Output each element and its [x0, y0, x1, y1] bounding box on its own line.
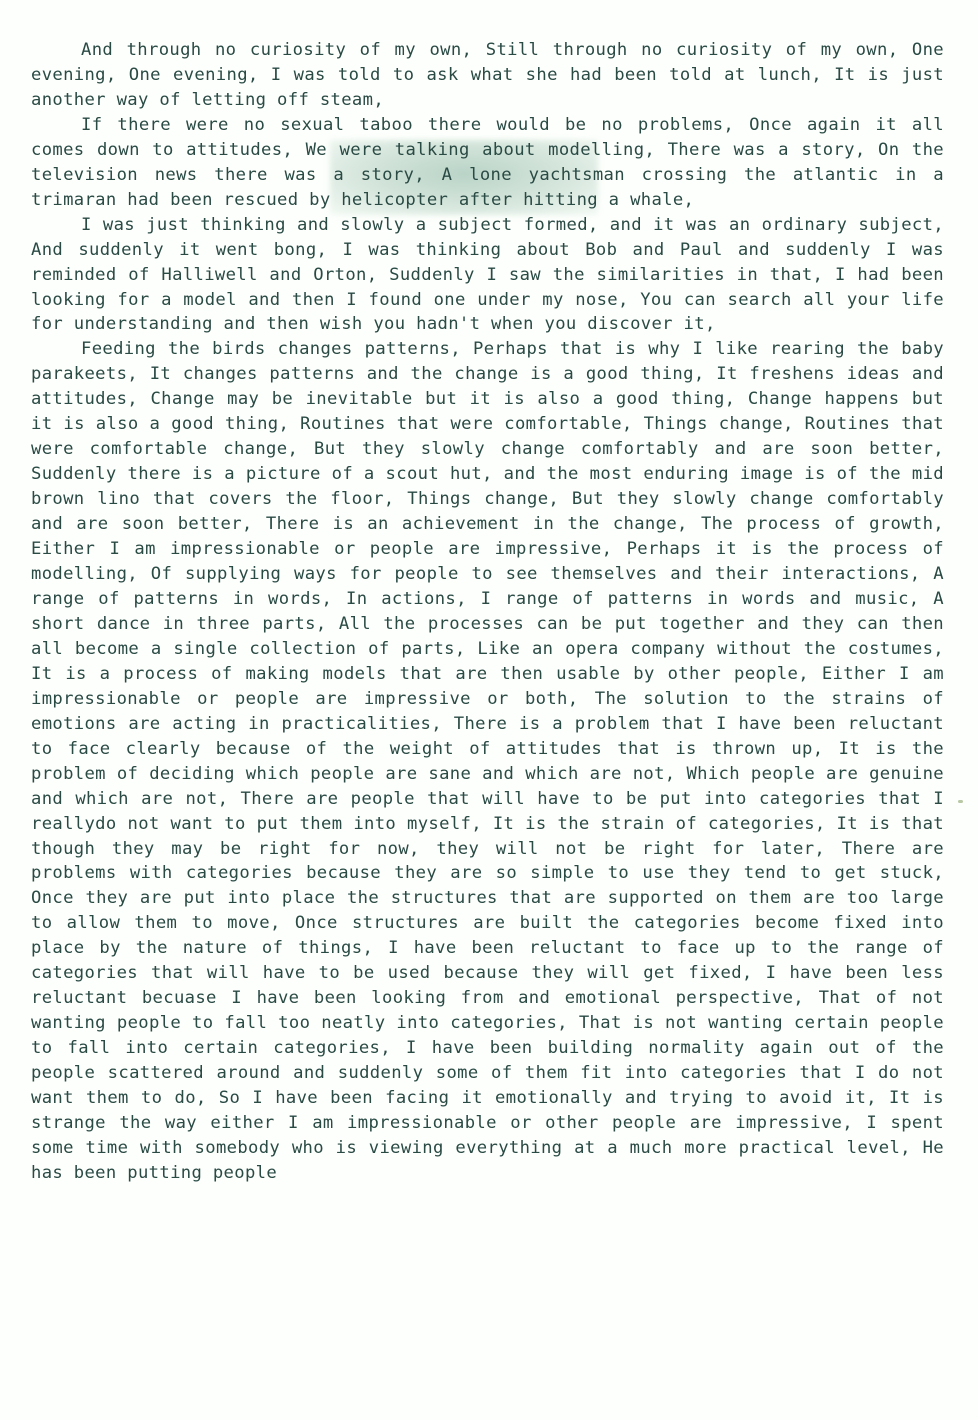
paragraph-4: Feeding the birds changes patterns, Perh…: [31, 337, 944, 1185]
paragraph-3: I was just thinking and slowly a subject…: [31, 213, 944, 338]
paper-speck: [958, 800, 963, 803]
paragraph-1: And through no curiosity of my own, Stil…: [31, 38, 944, 113]
paragraph-2: If there were no sexual taboo there woul…: [31, 113, 944, 213]
typed-page: And through no curiosity of my own, Stil…: [31, 38, 944, 1186]
